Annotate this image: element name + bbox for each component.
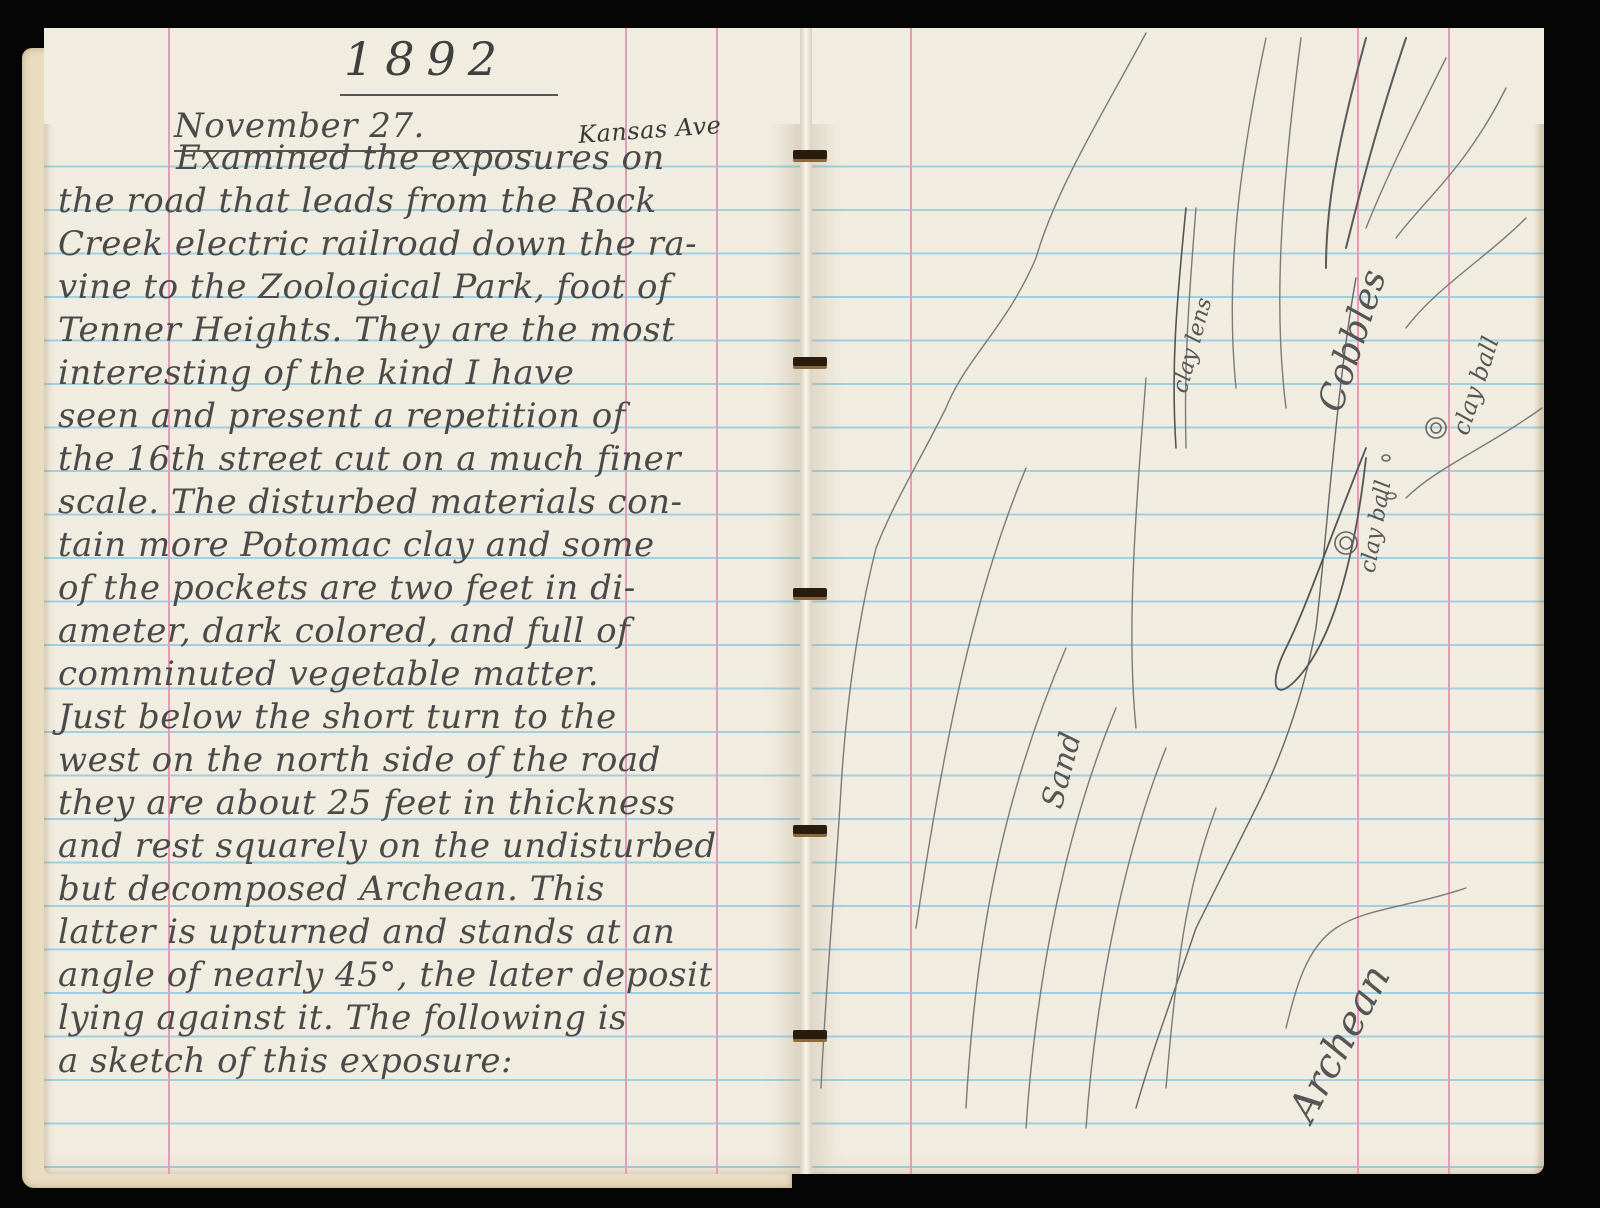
- staple-1: [793, 150, 827, 159]
- staple-3: [793, 588, 827, 597]
- text-line-13: comminuted vegetable matter.: [58, 654, 599, 694]
- text-line-19: latter is upturned and stands at an: [58, 912, 675, 952]
- staple-4: [793, 825, 827, 834]
- text-line-4: vine to the Zoological Park, foot of: [58, 267, 671, 307]
- text-line-20: angle of nearly 45°, the later deposit: [58, 955, 713, 995]
- left-page: 1892 November 27. Kansas Ave Examined th…: [44, 28, 806, 1174]
- text-line-22: a sketch of this exposure:: [58, 1041, 513, 1081]
- year-underline: [340, 94, 558, 96]
- text-line-5: Tenner Heights. They are the most: [58, 310, 675, 350]
- text-line-6: interesting of the kind I have: [58, 353, 574, 393]
- text-line-2: the road that leads from the Rock: [58, 181, 657, 221]
- open-notebook: 1892 November 27. Kansas Ave Examined th…: [0, 0, 1600, 1208]
- text-line-15: west on the north side of the road: [58, 740, 661, 780]
- text-line-14: Just below the short turn to the: [58, 697, 617, 737]
- text-line-9: scale. The disturbed materials con-: [58, 482, 682, 522]
- text-line-16: they are about 25 feet in thickness: [58, 783, 675, 823]
- text-line-7: seen and present a repetition of: [58, 396, 626, 436]
- text-line-17: and rest squarely on the undisturbed: [58, 826, 717, 866]
- year-heading: 1892: [344, 32, 509, 86]
- text-line-8: the 16th street cut on a much finer: [58, 439, 681, 479]
- text-line-21: lying against it. The following is: [58, 998, 627, 1038]
- margin-line-right: [716, 28, 718, 1174]
- binding-spine: [800, 28, 812, 1174]
- text-line-10: tain more Potomac clay and some: [58, 525, 655, 565]
- staple-2: [793, 357, 827, 366]
- text-line-1: Examined the exposures on: [176, 138, 665, 178]
- text-line-12: ameter, dark colored, and full of: [58, 611, 630, 651]
- staple-5: [793, 1030, 827, 1039]
- text-line-11: of the pockets are two feet in di-: [58, 568, 636, 608]
- text-line-18: but decomposed Archean. This: [58, 869, 605, 909]
- geologic-cross-section-sketch: [806, 28, 1544, 1174]
- text-line-3: Creek electric railroad down the ra-: [58, 224, 697, 264]
